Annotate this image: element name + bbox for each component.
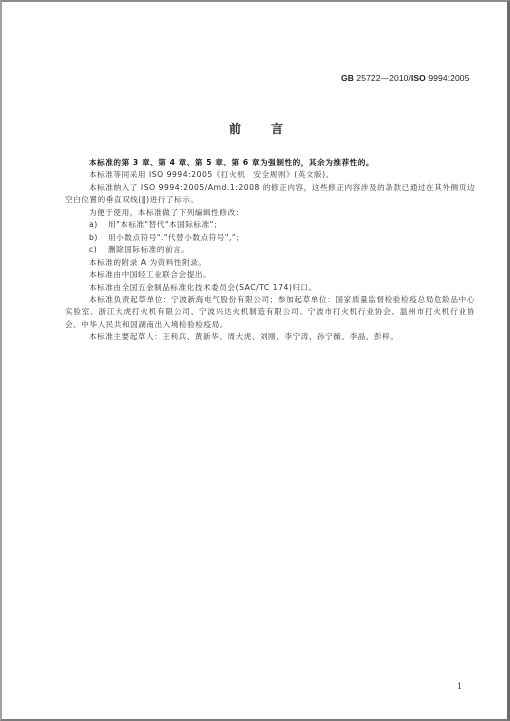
list-text: 用"本标准"替代"本国际标准"； <box>108 220 222 229</box>
gb-prefix: GB <box>341 73 354 83</box>
page-number: 1 <box>457 682 462 691</box>
list-marker: b) <box>89 232 108 244</box>
paragraph-drafters: 本标准主要起草人：王利兵、黄新华、周大虎、刘刚、李宁涛、孙宁薇、李晶、彭梓。 <box>65 331 475 343</box>
gb-code: 25722—2010/ <box>356 73 411 83</box>
iso-code: 9994:2005 <box>426 73 470 83</box>
list-item-b: b)用小数点符号"."代替小数点符号","； <box>65 232 475 244</box>
list-text: 用小数点符号"."代替小数点符号","； <box>108 233 244 242</box>
paragraph-mandatory-clauses: 本标准的第 3 章、第 4 章、第 5 章、第 6 章为强制性的，其余为推荐性的… <box>65 157 475 169</box>
list-item-c: c)删除国际标准的前言。 <box>65 244 475 256</box>
paragraph-amendment: 本标准纳入了 ISO 9994:2005/Amd.1:2008 的修正内容，这些… <box>65 182 475 207</box>
paragraph-annex: 本标准的附录 A 为资料性附录。 <box>65 257 475 269</box>
list-text: 删除国际标准的前言。 <box>108 245 189 254</box>
paragraph-drafting-units: 本标准负责起草单位：宁波新海电气股份有限公司；参加起草单位：国家质量监督检验检疫… <box>65 294 475 331</box>
iso-prefix: ISO <box>411 73 426 83</box>
foreword-body: 本标准的第 3 章、第 4 章、第 5 章、第 6 章为强制性的，其余为推荐性的… <box>65 157 475 344</box>
list-marker: a) <box>89 219 108 231</box>
list-item-a: a)用"本标准"替代"本国际标准"； <box>65 219 475 231</box>
document-page: GB 25722—2010/ISO 9994:2005 前言 本标准的第 3 章… <box>0 0 510 721</box>
paragraph-editorial-changes: 为便于使用，本标准做了下列编辑性修改： <box>65 207 475 219</box>
standard-number-header: GB 25722—2010/ISO 9994:2005 <box>341 73 469 83</box>
list-marker: c) <box>89 244 108 256</box>
paragraph-committee: 本标准由全国五金制品标准化技术委员会(SAC/TC 174)归口。 <box>65 282 475 294</box>
page-title: 前言 <box>2 120 510 137</box>
paragraph-iso-adoption: 本标准等同采用 ISO 9994:2005《打火机 安全规则》(英文版)。 <box>65 169 475 181</box>
paragraph-proposer: 本标准由中国轻工业联合会提出。 <box>65 269 475 281</box>
